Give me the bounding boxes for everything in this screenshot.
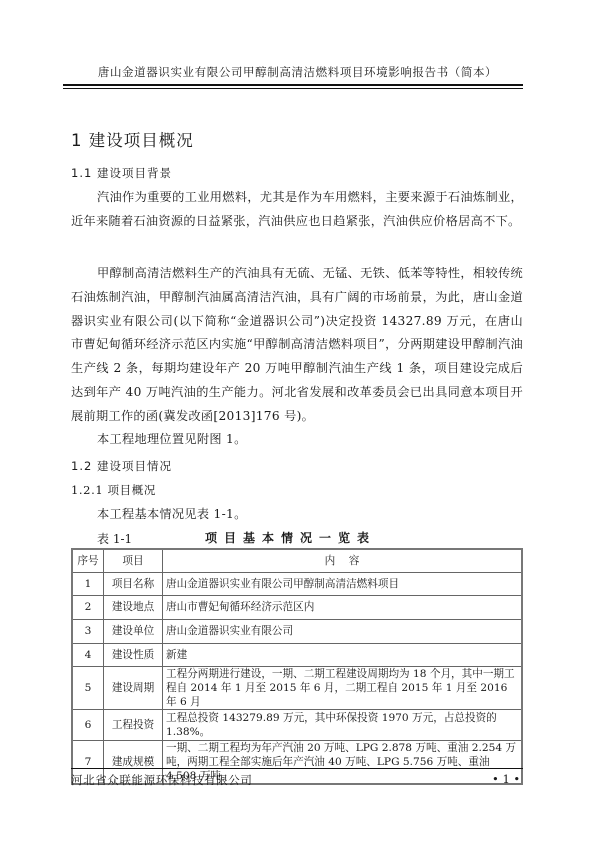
table-row: 4 建设性质 新建	[72, 643, 522, 666]
cell-item: 建设性质	[104, 643, 163, 666]
cell-item: 建设周期	[104, 666, 163, 709]
header-rule-thin	[63, 88, 523, 89]
cell-no: 2	[72, 595, 104, 619]
paragraph-location-ref: 本工程地理位置见附图 1。	[97, 430, 247, 447]
cell-item: 建设单位	[104, 619, 163, 643]
table-row: 3 建设单位 唐山金道器识实业有限公司	[72, 619, 522, 643]
cell-content: 工程总投资 143279.89 万元，其中环保投资 1970 万元，占总投资的 …	[163, 709, 523, 740]
table-caption-title: 项目基本情况一览表	[205, 529, 376, 546]
cell-no: 5	[72, 666, 104, 709]
header-rule-thick	[63, 84, 523, 86]
running-header-title: 唐山金道器识实业有限公司甲醇制高清洁燃料项目环境影响报告书（简本）	[72, 64, 523, 80]
table-caption-number: 表 1-1	[97, 530, 132, 547]
cell-item: 建设地点	[104, 595, 163, 619]
cell-item: 项目名称	[104, 572, 163, 595]
table-header-row: 序号 项目 内 容	[72, 549, 522, 572]
section-1-2-heading: 1.2 建设项目情况	[71, 458, 172, 474]
footer-company: 河北省众联能源环保科技有限公司	[71, 772, 253, 788]
table-row: 1 项目名称 唐山金道器识实业有限公司甲醇制高清洁燃料项目	[72, 572, 522, 595]
column-header-content: 内 容	[163, 549, 523, 572]
column-header-item: 项目	[104, 549, 163, 572]
table-row: 6 工程投资 工程总投资 143279.89 万元，其中环保投资 1970 万元…	[72, 709, 522, 740]
cell-no: 3	[72, 619, 104, 643]
footer-rule	[71, 768, 523, 769]
cell-item: 工程投资	[104, 709, 163, 740]
cell-content: 工程分两期进行建设，一期、二期工程建设周期均为 18 个月，其中一期工程自 20…	[163, 666, 523, 709]
cell-content: 唐山市曹妃甸循环经济示范区内	[163, 595, 523, 619]
section-1-1-heading: 1.1 建设项目背景	[71, 165, 172, 181]
cell-content: 新建	[163, 643, 523, 666]
table-row: 2 建设地点 唐山市曹妃甸循环经济示范区内	[72, 595, 522, 619]
section-1-heading: 1 建设项目概况	[71, 127, 194, 151]
table-row: 5 建设周期 工程分两期进行建设，一期、二期工程建设周期均为 18 个月，其中一…	[72, 666, 522, 709]
cell-no: 6	[72, 709, 104, 740]
project-info-table: 序号 项目 内 容 1 项目名称 唐山金道器识实业有限公司甲醇制高清洁燃料项目 …	[71, 548, 523, 785]
cell-content: 唐山金道器识实业有限公司	[163, 619, 523, 643]
table-intro-text: 本工程基本情况见表 1-1。	[97, 505, 247, 522]
cell-content: 唐山金道器识实业有限公司甲醇制高清洁燃料项目	[163, 572, 523, 595]
column-header-no: 序号	[72, 549, 104, 572]
section-1-2-1-heading: 1.2.1 项目概况	[71, 482, 156, 498]
paragraph-background-2: 甲醇制高清洁燃料生产的汽油具有无硫、无锰、无铁、低苯等特性，相较传统石油炼制汽油…	[71, 262, 523, 429]
cell-no: 4	[72, 643, 104, 666]
page-number: • 1 •	[492, 772, 520, 786]
cell-no: 1	[72, 572, 104, 595]
paragraph-background-1: 汽油作为重要的工业用燃料，尤其是作为车用燃料，主要来源于石油炼制业，近年来随着石…	[71, 186, 523, 234]
